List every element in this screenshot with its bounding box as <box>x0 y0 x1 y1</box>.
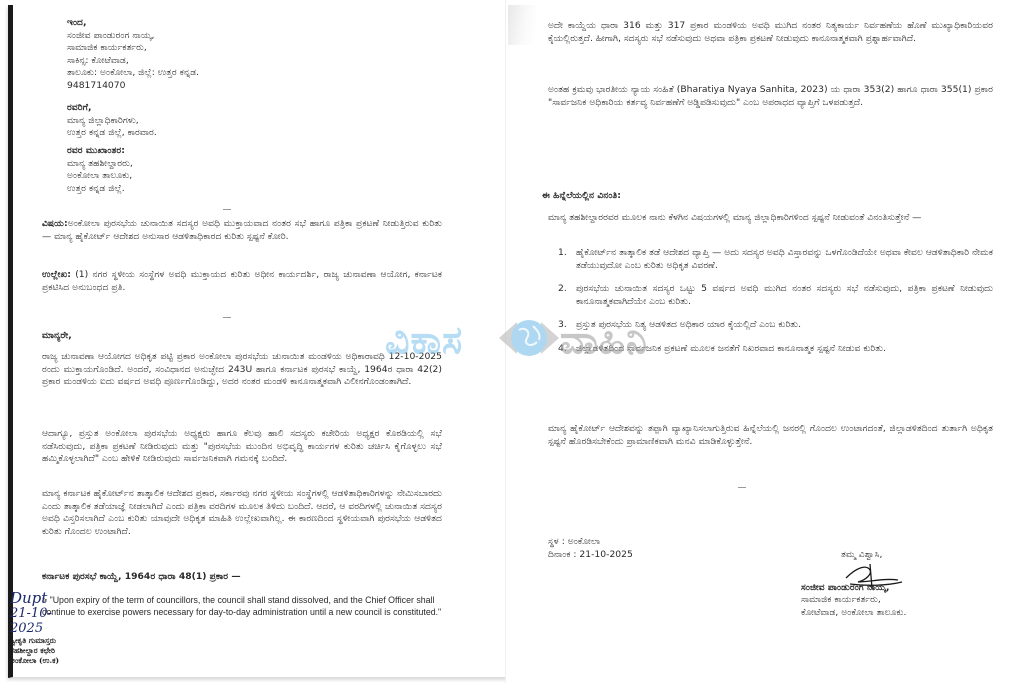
body-paragraph: ರಾಜ್ಯ ಚುನಾವಣಾ ಆಯೋಗದ ಅಧಿಕೃತ ಪಟ್ಟಿ ಪ್ರಕಾರ … <box>42 351 442 389</box>
via-line: ಮಾನ್ಯ ತಹಶೀಲ್ದಾರರು, <box>67 158 133 171</box>
separator <box>223 317 231 318</box>
separator <box>738 487 746 488</box>
reference: ಉಲ್ಲೇಖ: (1) ನಗರ ಸ್ಥಳೀಯ ಸಂಸ್ಥೆಗಳ ಅವಧಿ ಮುಕ… <box>42 269 442 294</box>
via-line: ಅಂಕೋಲಾ ತಾಲೂಕು, <box>67 170 133 183</box>
request-number: 4. <box>558 343 567 356</box>
request-number: 1. <box>558 247 567 260</box>
reference-text: (1) ನಗರ ಸ್ಥಳೀಯ ಸಂಸ್ಥೆಗಳ ಅವಧಿ ಮುಕ್ತಾಯದ ಕು… <box>42 269 442 293</box>
request-item: 4. ಜಿಲ್ಲಾಡಳಿತದಿಂದ ಸಾರ್ವಜನಿಕ ಪ್ರಕಟಣೆ ಮೂಲಕ… <box>558 343 993 356</box>
closing-paragraph: ಮಾನ್ಯ ಹೈಕೋರ್ಟ್ ಆದೇಶವನ್ನು ತಪ್ಪಾಗಿ ವ್ಯಾಖ್ಯ… <box>548 423 993 448</box>
separator <box>223 209 231 210</box>
salutation: ಮಾನ್ಯರೇ, <box>42 330 72 343</box>
body-paragraph: ಆದಾಗ್ಯೂ, ಪ್ರಸ್ತುತ ಅಂಕೋಲಾ ಪುರಸಭೆಯ ಅಧ್ಯಕ್ಷ… <box>42 428 442 466</box>
request-item: 1. ಹೈಕೋರ್ಟ್‌ನ ತಾತ್ಕಾಲಿಕ ತಡೆ ಆದೇಶದ ವ್ಯಾಪ್… <box>558 247 993 272</box>
sender-name: ಸಂಜೀವ ಪಾಂಡುರಂಗ ನಾಯ್ಕ, <box>67 30 199 43</box>
via-line: ಉತ್ತರ ಕನ್ನಡ ಜಿಲ್ಲೆ. <box>67 183 133 196</box>
sender-residence: ಸಾಕಿನ್ಸ: ಕೋಟೆವಾಡ, <box>67 55 199 68</box>
reference-label: ಉಲ್ಲೇಖ: <box>42 269 71 280</box>
place-label: ಸ್ಥಳ : ಅಂಕೋಲಾ <box>548 536 633 549</box>
recipient-line: ಉತ್ತರ ಕನ್ನಡ ಜಿಲ್ಲೆ, ಕಾರವಾರ. <box>67 127 157 140</box>
letter-page-2: ಅದೇ ಕಾಯ್ದೆಯ ಧಾರಾ 316 ಮತ್ತು 317 ಪ್ರಕಾರ ಮಂ… <box>505 0 1024 683</box>
subject-label: ವಿಷಯ: <box>42 218 68 229</box>
act-heading: ಕರ್ನಾಟಕ ಪುರಸಭೆ ಕಾಯ್ದೆ, 1964ರ ಧಾರಾ 48(1) … <box>42 571 241 584</box>
signer-address: ಕೋಟೆವಾಡ, ಅಂಕೋಲಾ ತಾಲೂಕು. <box>801 607 906 620</box>
recipient-address: ರವರಿಗೆ, ಮಾನ್ಯ ಜಿಲ್ಲಾಧಿಕಾರಿಗಳು, ಉತ್ತರ ಕನ್… <box>67 102 157 140</box>
request-text: ಪುರಸಭೆಯ ಚುನಾಯಿತ ಸದಸ್ಯರ ಒಟ್ಟು 5 ವರ್ಷದ ಅವಧ… <box>576 283 993 307</box>
request-intro: ಮಾನ್ಯ ತಹಶೀಲ್ದಾರರವರ ಮೂಲಕ ನಾನು ಕೆಳಗಿನ ವಿಷಯ… <box>548 212 993 225</box>
request-number: 2. <box>558 283 567 296</box>
request-list: 1. ಹೈಕೋರ್ಟ್‌ನ ತಾತ್ಕಾಲಿಕ ತಡೆ ಆದೇಶದ ವ್ಯಾಪ್… <box>558 247 993 367</box>
date-label: ದಿನಾಂಕ : 21-10-2025 <box>548 549 633 562</box>
from-heading: ಇಂದ, <box>67 17 199 30</box>
request-heading: ಈ ಹಿನ್ನೆಲೆಯಲ್ಲಿನ ವಿನಂತಿ: <box>542 190 621 203</box>
sender-phone: 9481714070 <box>67 80 199 93</box>
body-paragraph: ಮಾನ್ಯ ಕರ್ನಾಟಕ ಹೈಕೋರ್ಟ್‌ನ ತಾತ್ಕಾಲಿಕ ಆದೇಶದ… <box>42 488 442 538</box>
stamp-line: ತಹಶೀಲ್ದಾರ ಕಛೇರಿ <box>10 646 80 656</box>
request-text: ಪ್ರಸ್ತುತ ಪುರಸಭೆಯ ನಿತ್ಯ ಆಡಳಿತದ ಅಧಿಕಾರ ಯಾರ… <box>576 319 801 330</box>
received-date: 21-10-2025 <box>10 606 80 636</box>
page-fold-shadow <box>508 5 536 45</box>
subject: ವಿಷಯ:ಅಂಕೋಲಾ ಪುರಸಭೆಯ ಚುನಾಯಿತ ಸದಸ್ಯರ ಅವಧಿ … <box>42 218 442 243</box>
sender-title: ಸಾಮಾಜಿಕ ಕಾರ್ಯಕರ್ತರು, <box>67 42 199 55</box>
request-item: 2. ಪುರಸಭೆಯ ಚುನಾಯಿತ ಸದಸ್ಯರ ಒಟ್ಟು 5 ವರ್ಷದ … <box>558 283 993 308</box>
received-signature: Dupt <box>10 590 80 606</box>
place-date: ಸ್ಥಳ : ಅಂಕೋಲಾ ದಿನಾಂಕ : 21-10-2025 <box>548 536 633 561</box>
signer-title: ಸಾಮಾಜಿಕ ಕಾರ್ಯಕರ್ತರು, <box>801 594 906 607</box>
signer-name: ಸಂಜೀವ ಪಾಂಡುರಂಗ ನಾಯ್ಕ, <box>801 582 906 595</box>
received-stamp: Dupt 21-10-2025 ಸ್ವೀಕೃತಿ ಗುಮಾಸ್ತರು ತಹಶೀಲ… <box>10 590 80 666</box>
subject-text: ಅಂಕೋಲಾ ಪುರಸಭೆಯ ಚುನಾಯಿತ ಸದಸ್ಯರ ಅವಧಿ ಮುಕ್ತ… <box>42 218 442 242</box>
stamp-line: ಸ್ವೀಕೃತಿ ಗುಮಾಸ್ತರು <box>10 636 80 646</box>
request-number: 3. <box>558 319 567 332</box>
request-text: ಹೈಕೋರ್ಟ್‌ನ ತಾತ್ಕಾಲಿಕ ತಡೆ ಆದೇಶದ ವ್ಯಾಪ್ತಿ … <box>576 247 993 271</box>
signoff-block: ತಮ್ಮ ವಿಶ್ವಾಸಿ, ಸಂಜೀವ ಪಾಂಡುರಂಗ ನಾಯ್ಕ, ಸಾಮ… <box>801 549 906 619</box>
sender-taluk: ತಾಲೂಕು: ಅಂಕೋಲಾ, ಜಿಲ್ಲೆ: ಉತ್ತರ ಕನ್ನಡ. <box>67 67 199 80</box>
request-text: ಜಿಲ್ಲಾಡಳಿತದಿಂದ ಸಾರ್ವಜನಿಕ ಪ್ರಕಟಣೆ ಮೂಲಕ ಜನ… <box>576 343 886 354</box>
via-address: ರವರ ಮುಖಾಂತರ: ಮಾನ್ಯ ತಹಶೀಲ್ದಾರರು, ಅಂಕೋಲಾ ತ… <box>67 145 133 195</box>
via-heading: ರವರ ಮುಖಾಂತರ: <box>67 145 133 158</box>
body-paragraph: ಅದೇ ಕಾಯ್ದೆಯ ಧಾರಾ 316 ಮತ್ತು 317 ಪ್ರಕಾರ ಮಂ… <box>548 20 993 45</box>
stamp-line: ಅಂಕೋಲಾ (ಉ.ಕ) <box>10 656 80 666</box>
act-quote: > "Upon expiry of the term of councillor… <box>42 595 462 618</box>
letter-page-1: ಇಂದ, ಸಂಜೀವ ಪಾಂಡುರಂಗ ನಾಯ್ಕ, ಸಾಮಾಜಿಕ ಕಾರ್ಯ… <box>8 5 513 678</box>
request-item: 3. ಪ್ರಸ್ತುತ ಪುರಸಭೆಯ ನಿತ್ಯ ಆಡಳಿತದ ಅಧಿಕಾರ … <box>558 319 993 332</box>
signoff-yours: ತಮ್ಮ ವಿಶ್ವಾಸಿ, <box>841 549 906 562</box>
sender-address: ಇಂದ, ಸಂಜೀವ ಪಾಂಡುರಂಗ ನಾಯ್ಕ, ಸಾಮಾಜಿಕ ಕಾರ್ಯ… <box>67 17 199 93</box>
to-heading: ರವರಿಗೆ, <box>67 102 157 115</box>
body-paragraph: ಅಂತಹ ಕ್ರಮವು ಭಾರತೀಯ ನ್ಯಾಯ ಸಂಹಿತೆ (Bharati… <box>548 84 993 109</box>
recipient-line: ಮಾನ್ಯ ಜಿಲ್ಲಾಧಿಕಾರಿಗಳು, <box>67 115 157 128</box>
